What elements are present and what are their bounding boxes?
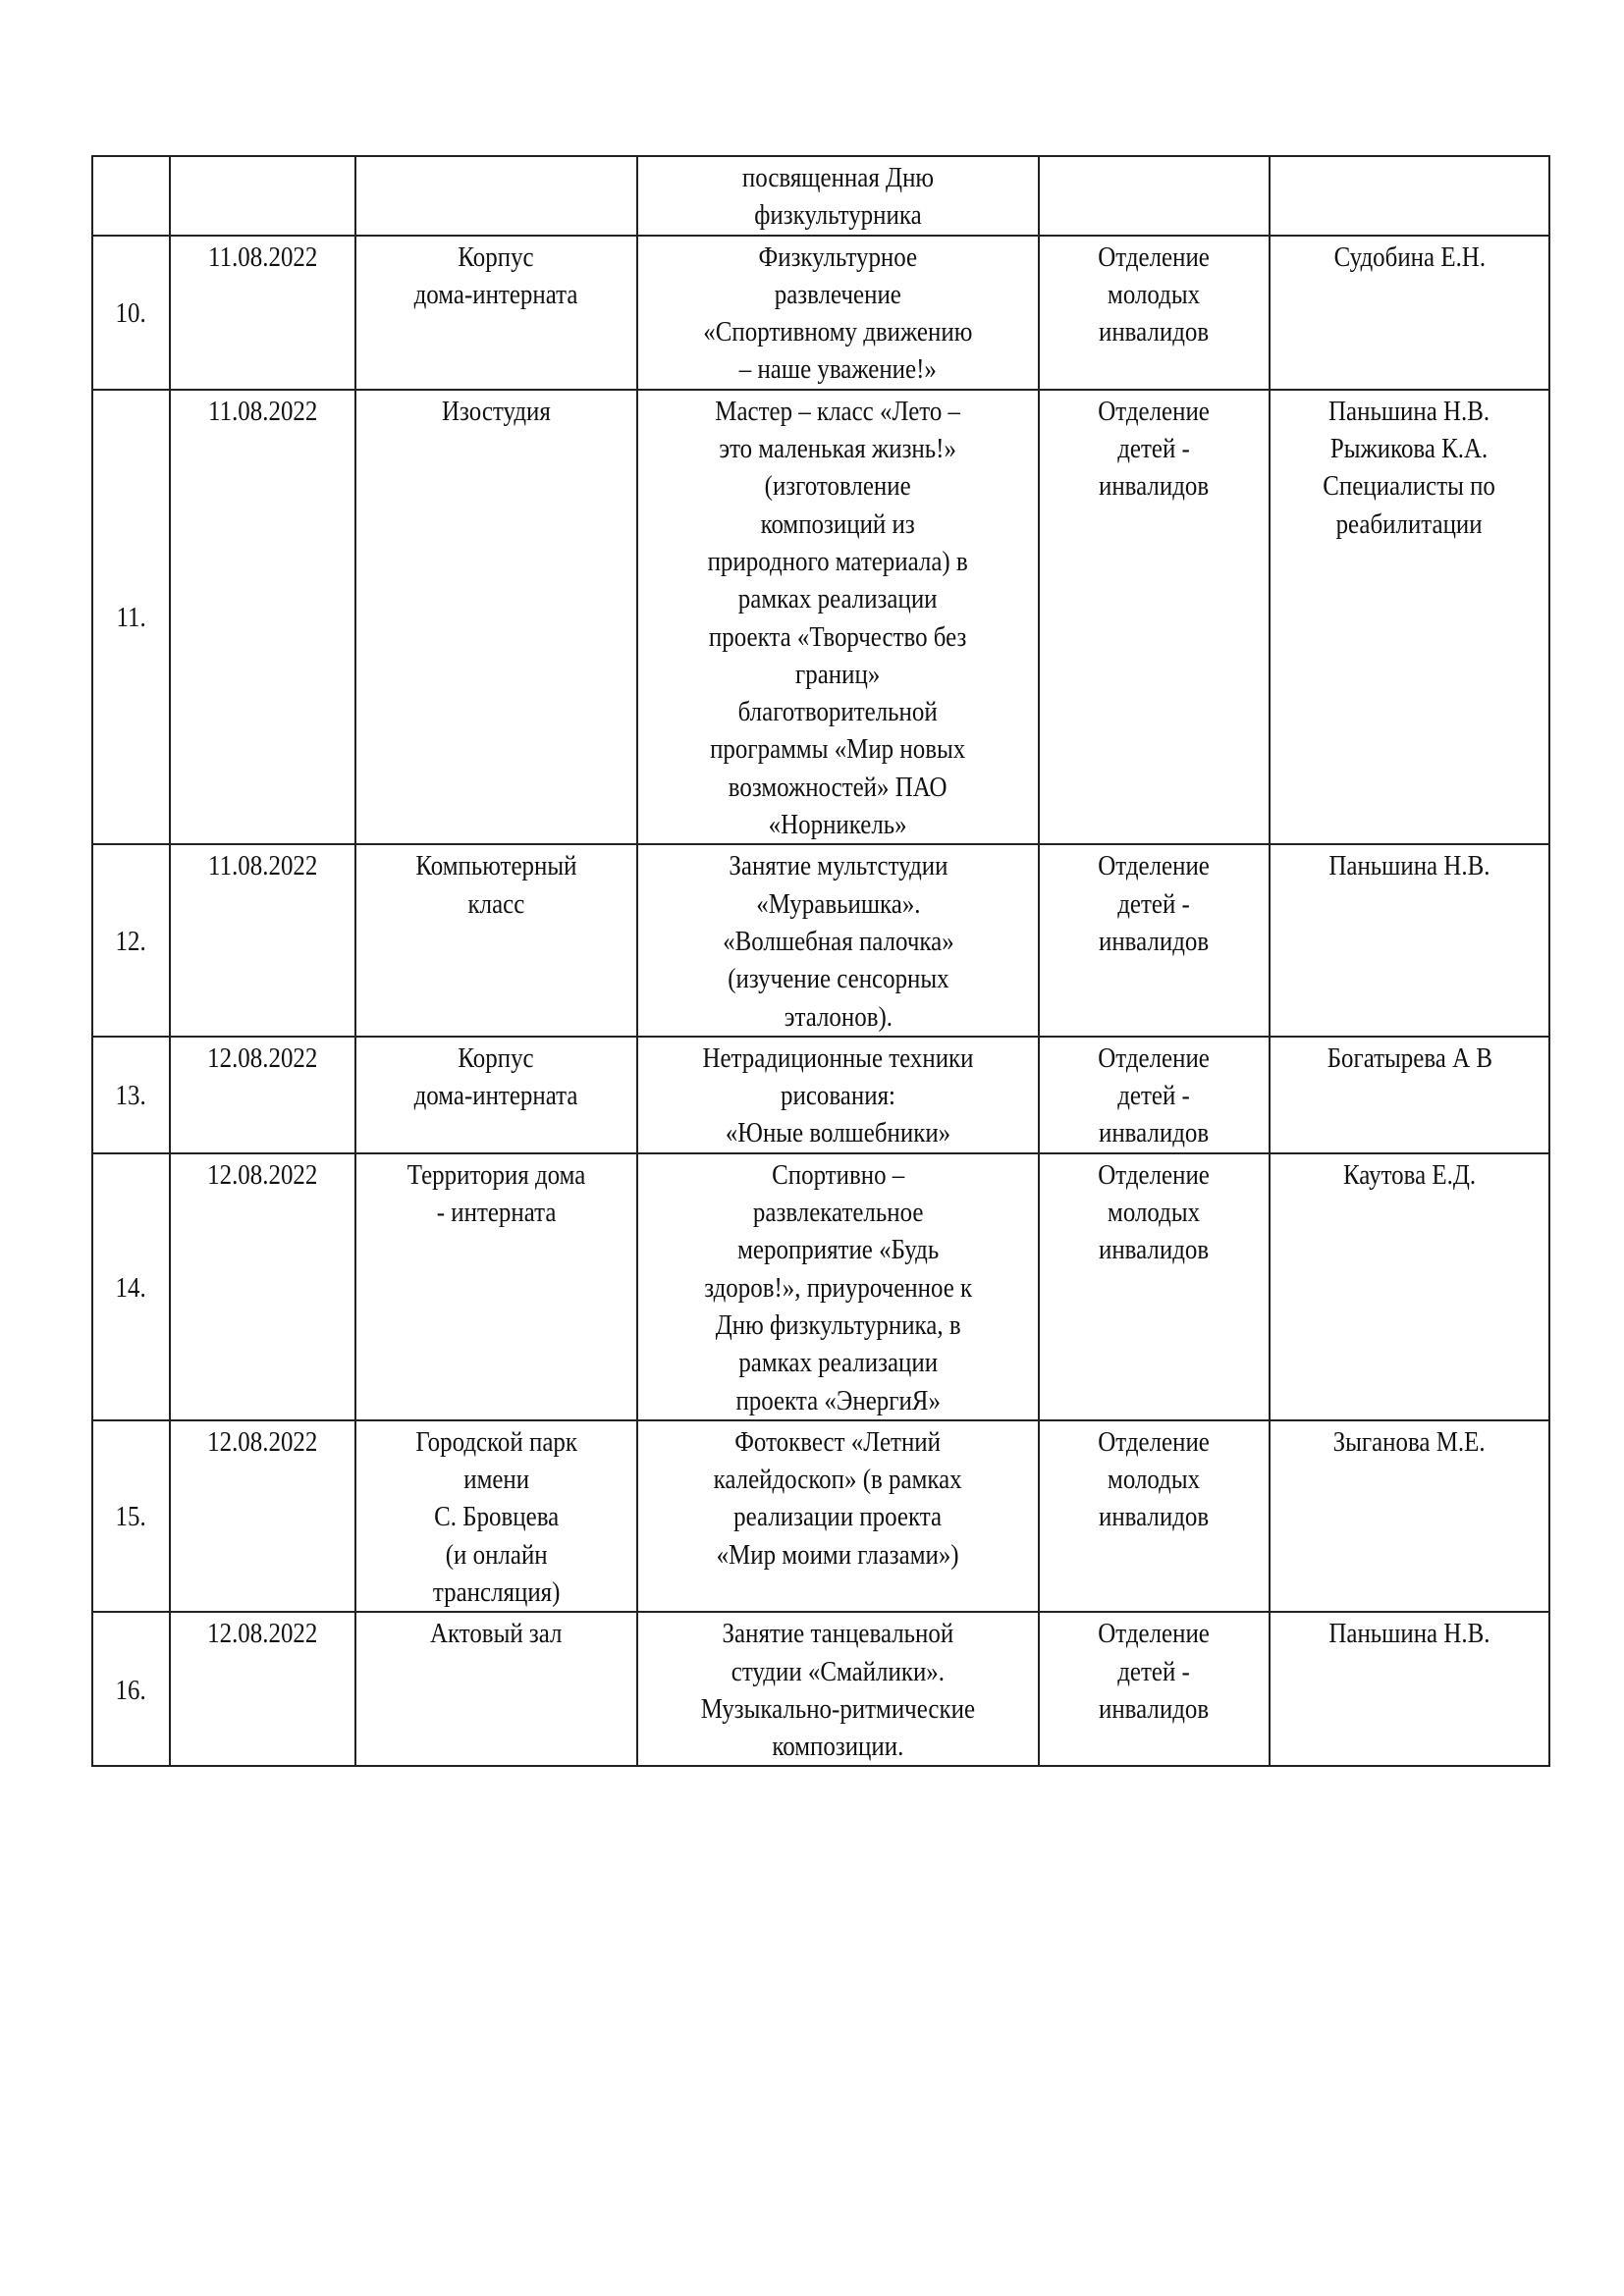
cell-text-date: 12.08.2022 <box>207 1040 317 1077</box>
table-row: 10. 11.08.2022 Корпус дома-интерната Физ… <box>92 236 1549 390</box>
cell-date: 11.08.2022 <box>170 844 355 1036</box>
cell-responsible <box>1270 156 1549 236</box>
cell-place: Территория дома - интерната <box>355 1153 637 1420</box>
cell-place: Изостудия <box>355 390 637 845</box>
cell-text-place: Корпус дома-интерната <box>414 1040 578 1115</box>
cell-department <box>1039 156 1270 236</box>
cell-text-event: Фотоквест «Летний калейдоскоп» (в рамках… <box>714 1423 962 1574</box>
cell-number <box>92 156 170 236</box>
table-row: 16. 12.08.2022 Актовый зал Занятие танце… <box>92 1612 1549 1766</box>
cell-department: Отделение молодых инвалидов <box>1039 1153 1270 1420</box>
table-row: 15. 12.08.2022 Городской парк имени С. Б… <box>92 1420 1549 1612</box>
cell-text-num: 14. <box>116 1269 146 1307</box>
cell-number: 16. <box>92 1612 170 1766</box>
cell-text-date: 11.08.2022 <box>208 239 317 276</box>
cell-text-date: 11.08.2022 <box>208 393 317 430</box>
cell-text-responsible: Паньшина Н.В. <box>1328 847 1489 884</box>
cell-text-responsible: Паньшина Н.В. <box>1328 1615 1489 1652</box>
cell-text-department: Отделение детей - инвалидов <box>1099 393 1211 506</box>
cell-number: 11. <box>92 390 170 845</box>
cell-department: Отделение молодых инвалидов <box>1039 1420 1270 1612</box>
cell-text-department: Отделение молодых инвалидов <box>1099 1156 1211 1269</box>
cell-text-responsible: Паньшина Н.В. Рыжикова К.А. Специалисты … <box>1324 393 1496 543</box>
cell-text-place: Актовый зал <box>430 1615 563 1652</box>
cell-text-place: Городской парк имени С. Бровцева (и онла… <box>415 1423 577 1611</box>
cell-date: 11.08.2022 <box>170 390 355 845</box>
cell-department: Отделение молодых инвалидов <box>1039 236 1270 390</box>
cell-date <box>170 156 355 236</box>
cell-text-department: Отделение детей - инвалидов <box>1099 1040 1211 1152</box>
cell-text-event: Нетрадиционные техники рисования: «Юные … <box>702 1040 973 1152</box>
cell-event: Фотоквест «Летний калейдоскоп» (в рамках… <box>637 1420 1039 1612</box>
cell-text-department: Отделение детей - инвалидов <box>1099 1615 1211 1728</box>
cell-place <box>355 156 637 236</box>
cell-number: 15. <box>92 1420 170 1612</box>
cell-place: Корпус дома-интерната <box>355 1037 637 1153</box>
table-row: 11. 11.08.2022 Изостудия Мастер – класс … <box>92 390 1549 845</box>
cell-text-responsible: Богатырева А В <box>1326 1040 1491 1077</box>
table-row: 14. 12.08.2022 Территория дома - интерна… <box>92 1153 1549 1420</box>
cell-text-place: Территория дома - интерната <box>407 1156 586 1232</box>
cell-text-responsible: Зыганова М.Е. <box>1333 1423 1486 1461</box>
cell-text-department: Отделение детей - инвалидов <box>1099 847 1211 960</box>
cell-text-num: 11. <box>116 599 145 636</box>
cell-event: Занятие мультстудии «Муравьишка». «Волше… <box>637 844 1039 1036</box>
cell-place: Городской парк имени С. Бровцева (и онла… <box>355 1420 637 1612</box>
cell-text-num: 10. <box>116 294 146 332</box>
cell-text-event: Спортивно – развлекательное мероприятие … <box>704 1156 972 1419</box>
cell-department: Отделение детей - инвалидов <box>1039 390 1270 845</box>
cell-place: Компьютерный класс <box>355 844 637 1036</box>
cell-text-event: Занятие танцевальной студии «Смайлики». … <box>701 1615 975 1765</box>
cell-text-event: Физкультурное развлечение «Спортивному д… <box>703 239 972 389</box>
cell-text-date: 12.08.2022 <box>207 1423 317 1461</box>
table-row: посвященная Дню физкультурника <box>92 156 1549 236</box>
cell-text-num: 16. <box>116 1672 146 1709</box>
cell-responsible: Богатырева А В <box>1270 1037 1549 1153</box>
cell-date: 12.08.2022 <box>170 1612 355 1766</box>
cell-number: 10. <box>92 236 170 390</box>
cell-event: Мастер – класс «Лето – это маленькая жиз… <box>637 390 1039 845</box>
cell-text-place: Компьютерный класс <box>415 847 576 923</box>
cell-text-num: 15. <box>116 1498 146 1535</box>
cell-responsible: Каутова Е.Д. <box>1270 1153 1549 1420</box>
cell-number: 12. <box>92 844 170 1036</box>
events-schedule-table: посвященная Дню физкультурника 10. 11.08… <box>91 155 1550 1767</box>
cell-event: Спортивно – развлекательное мероприятие … <box>637 1153 1039 1420</box>
cell-text-date: 12.08.2022 <box>207 1615 317 1652</box>
cell-responsible: Судобина Е.Н. <box>1270 236 1549 390</box>
cell-text-responsible: Каутова Е.Д. <box>1343 1156 1476 1194</box>
cell-text-date: 12.08.2022 <box>207 1156 317 1194</box>
cell-number: 13. <box>92 1037 170 1153</box>
cell-event: Занятие танцевальной студии «Смайлики». … <box>637 1612 1039 1766</box>
cell-text-num: 13. <box>116 1077 146 1114</box>
cell-department: Отделение детей - инвалидов <box>1039 1037 1270 1153</box>
cell-text-place: Изостудия <box>442 393 551 430</box>
cell-event: Физкультурное развлечение «Спортивному д… <box>637 236 1039 390</box>
cell-responsible: Паньшина Н.В. <box>1270 844 1549 1036</box>
cell-text-department: Отделение молодых инвалидов <box>1099 239 1211 351</box>
cell-text-num: 12. <box>116 923 146 960</box>
cell-date: 12.08.2022 <box>170 1153 355 1420</box>
cell-date: 12.08.2022 <box>170 1037 355 1153</box>
cell-text-place: Корпус дома-интерната <box>414 239 578 314</box>
cell-department: Отделение детей - инвалидов <box>1039 1612 1270 1766</box>
cell-responsible: Паньшина Н.В. Рыжикова К.А. Специалисты … <box>1270 390 1549 845</box>
cell-department: Отделение детей - инвалидов <box>1039 844 1270 1036</box>
table-row: 12. 11.08.2022 Компьютерный класс Заняти… <box>92 844 1549 1036</box>
cell-place: Актовый зал <box>355 1612 637 1766</box>
cell-date: 12.08.2022 <box>170 1420 355 1612</box>
cell-place: Корпус дома-интерната <box>355 236 637 390</box>
cell-text-responsible: Судобина Е.Н. <box>1333 239 1485 276</box>
cell-text-event: Занятие мультстудии «Муравьишка». «Волше… <box>723 847 954 1035</box>
cell-event: Нетрадиционные техники рисования: «Юные … <box>637 1037 1039 1153</box>
cell-event: посвященная Дню физкультурника <box>637 156 1039 236</box>
cell-text-department: Отделение молодых инвалидов <box>1099 1423 1211 1536</box>
cell-responsible: Паньшина Н.В. <box>1270 1612 1549 1766</box>
cell-text-event: посвященная Дню физкультурника <box>742 159 934 235</box>
cell-number: 14. <box>92 1153 170 1420</box>
cell-responsible: Зыганова М.Е. <box>1270 1420 1549 1612</box>
cell-text-date: 11.08.2022 <box>208 847 317 884</box>
cell-date: 11.08.2022 <box>170 236 355 390</box>
table-row: 13. 12.08.2022 Корпус дома-интерната Нет… <box>92 1037 1549 1153</box>
schedule-table-body: посвященная Дню физкультурника 10. 11.08… <box>92 156 1549 1766</box>
cell-text-event: Мастер – класс «Лето – это маленькая жиз… <box>708 393 968 844</box>
